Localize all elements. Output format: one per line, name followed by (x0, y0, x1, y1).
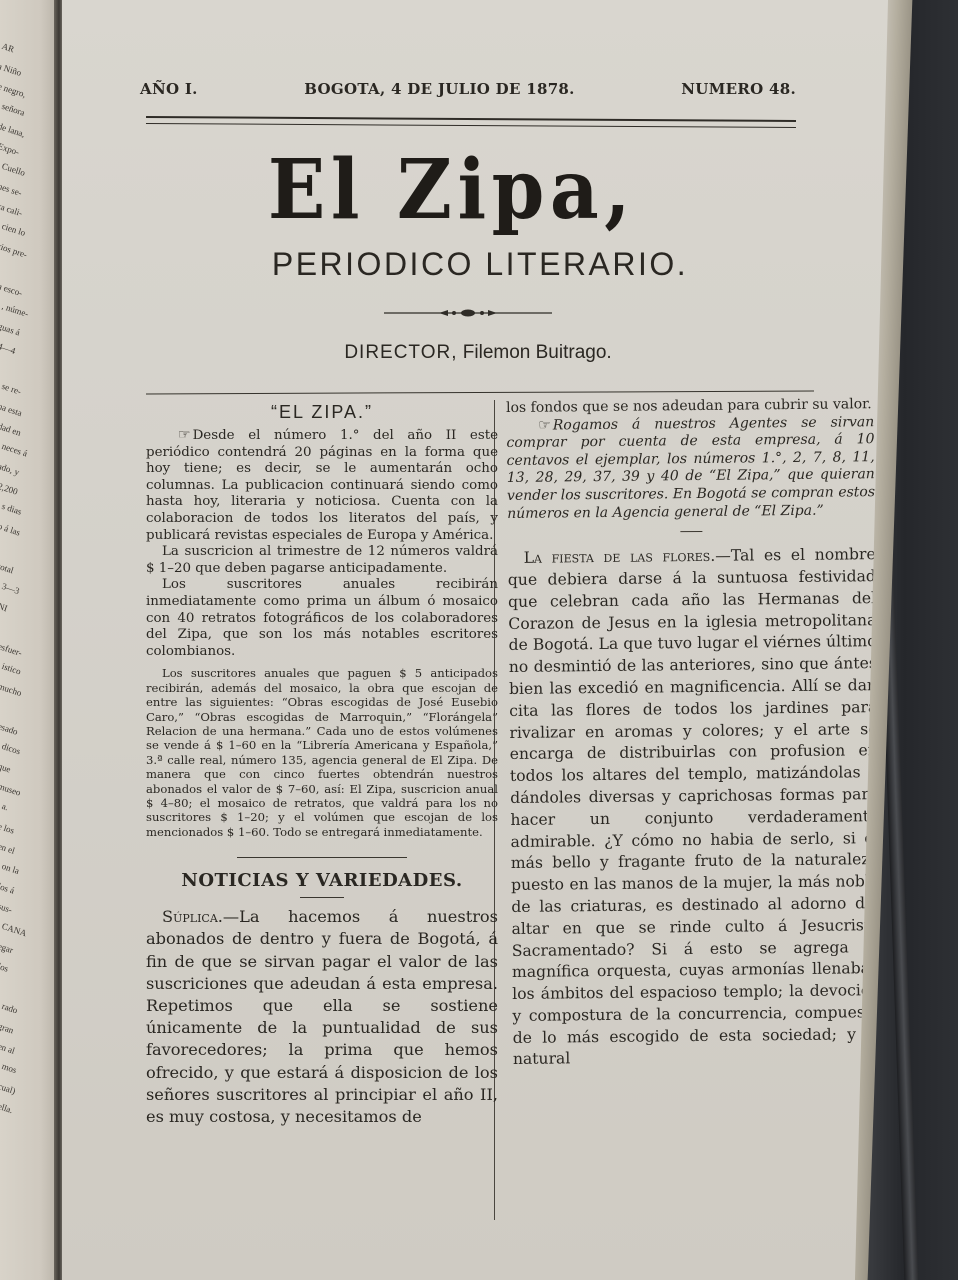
previous-page-text-fragment: dicos (0, 740, 22, 757)
director-label: DIRECTOR, (344, 342, 457, 363)
previous-page-text-fragment: se re- (0, 380, 22, 398)
previous-page-text-fragment: rado (0, 1000, 19, 1016)
previous-page-text-fragment: AR (0, 40, 16, 55)
previous-page-text-fragment: de lana, (0, 120, 27, 140)
section-rule (237, 857, 407, 858)
previous-page-text-fragment: señora (0, 100, 26, 119)
notice-paragraph-3: Los suscritores anuales recibirán inmedi… (146, 577, 498, 660)
left-column: “EL ZIPA.” ☞Desde el número 1.° del año … (146, 400, 498, 1128)
section-title-rule (300, 897, 344, 898)
previous-page-text-fragment: a esco- (0, 280, 24, 299)
newspaper-page: AÑO I. BOGOTA, 4 DE JULIO DE 1878. NUMER… (62, 0, 888, 1280)
previous-page-text-fragment: NI (0, 600, 9, 614)
previous-page-text-fragment: los (0, 960, 10, 975)
dateline: BOGOTA, 4 DE JULIO DE 1878. (304, 80, 574, 98)
previous-page-text-fragment: esado (0, 720, 19, 738)
ornament-divider-icon (384, 308, 552, 318)
previous-page-text-fragment: s dias (0, 500, 23, 518)
masthead-bottom-rule (146, 391, 814, 395)
suplica-paragraph: Súplica.—La hacemos á nuestros abonados … (146, 906, 498, 1128)
previous-page-text-fragment: 3—3 (0, 580, 21, 597)
masthead-subtitle: PERIODICO LITERARIO. (170, 246, 790, 283)
previous-page-text-fragment: , núme- (0, 300, 30, 320)
previous-page-text-fragment: ella. (0, 1100, 15, 1116)
previous-page-text-fragment: e negro, (0, 80, 28, 100)
previous-page-text-fragment: en al (0, 1040, 16, 1057)
previous-page-text-fragment: ra cali- (0, 200, 24, 219)
previous-page-text-fragment: sus- (0, 900, 14, 916)
previous-page-text-fragment: gran (0, 1020, 15, 1036)
year-label: AÑO I. (140, 80, 198, 98)
notice-separator (680, 531, 702, 532)
previous-page-text-fragment: on la (0, 860, 21, 877)
previous-page-text-fragment: dad en (0, 420, 23, 439)
fiesta-paragraph: La fiesta de las flores.—Tal es el nombr… (508, 544, 881, 1071)
previous-page-text-fragment: na esta (0, 400, 24, 419)
director-name: Filemon Buitrago. (463, 342, 612, 363)
previous-page-text-fragment: guas á (0, 320, 22, 338)
right-column: los fondos que se nos adeudan para cubri… (506, 396, 881, 1071)
previous-page-edge: ARa Niñoe negro,señorade lana,Expo-Cuell… (0, 0, 58, 1280)
notice-paragraph-1: ☞Desde el número 1.° del año II este per… (146, 427, 498, 544)
issue-number: NUMERO 48. (681, 80, 796, 98)
header-double-rule (146, 116, 796, 128)
previous-page-text-fragment: e los (0, 820, 16, 837)
agents-notice: ☞Rogamos á nuestros Agentes se sirvan co… (506, 414, 875, 523)
notice-paragraph-1-text: Desde el número 1.° del año II este peri… (146, 428, 498, 543)
previous-page-text-fragment: a Niño (0, 60, 23, 79)
fiesta-text: —Tal es el nombre que debiera darse á la… (508, 545, 881, 1068)
notice-title: “EL ZIPA.” (146, 402, 498, 423)
previous-page-text-fragment: los á (0, 880, 16, 897)
previous-page-text-fragment: egar (0, 940, 15, 956)
masthead-title: El Zipa, (231, 142, 673, 238)
previous-page-text-fragment: Expo- (0, 140, 21, 158)
previous-page-text-fragment: en el (0, 840, 16, 857)
previous-page-text-fragment: o á las (0, 520, 22, 539)
previous-page-text-fragment: neces á (0, 440, 29, 460)
director-line: DIRECTOR, Filemon Buitrago. (258, 342, 698, 364)
previous-page-text-fragment: nes se- (0, 180, 24, 199)
notice-paragraph-small: Los suscritores anuales que paguen $ 5 a… (146, 666, 498, 839)
previous-page-text-fragment: cual) (0, 1080, 17, 1097)
issue-header: AÑO I. BOGOTA, 4 DE JULIO DE 1878. NUMER… (140, 80, 796, 98)
suplica-lead: Súplica. (162, 907, 223, 926)
previous-page-text-fragment: total (0, 560, 15, 576)
previous-page-text-fragment: a. (0, 800, 10, 813)
section-title: NOTICIAS Y VARIEDADES. (146, 870, 498, 891)
previous-page-text-fragment: 4—4 (0, 340, 17, 357)
previous-page-text-fragment: CANA (0, 920, 28, 939)
notice-paragraph-2: La suscricion al trimestre de 12 números… (146, 544, 498, 577)
agents-notice-text: Rogamos á nuestros Agentes se sirvan com… (506, 414, 875, 522)
pointing-hand-icon: ☞ (162, 427, 191, 444)
previous-page-text-fragment: 2,200 (0, 480, 19, 498)
previous-page-text-fragment: mucho (0, 680, 23, 699)
suplica-text: —La hacemos á nuestros abonados de dentr… (146, 907, 498, 1126)
previous-page-text-fragment: mos (0, 1060, 18, 1076)
previous-page-text-fragment: esfuer- (0, 640, 24, 659)
previous-page-text-fragment: que (0, 760, 12, 775)
fiesta-lead: La fiesta de las flores. (524, 547, 716, 567)
previous-page-text-fragment: cien lo (0, 220, 27, 239)
previous-page-text-fragment: istico (0, 660, 22, 677)
pointing-hand-icon: ☞ (522, 417, 551, 435)
previous-page-text-fragment: museo (0, 780, 22, 799)
previous-page-text-fragment: rios pre- (0, 240, 29, 261)
previous-page-text-fragment: Cuello (0, 160, 27, 179)
previous-page-text-fragment: ado, y (0, 460, 21, 478)
